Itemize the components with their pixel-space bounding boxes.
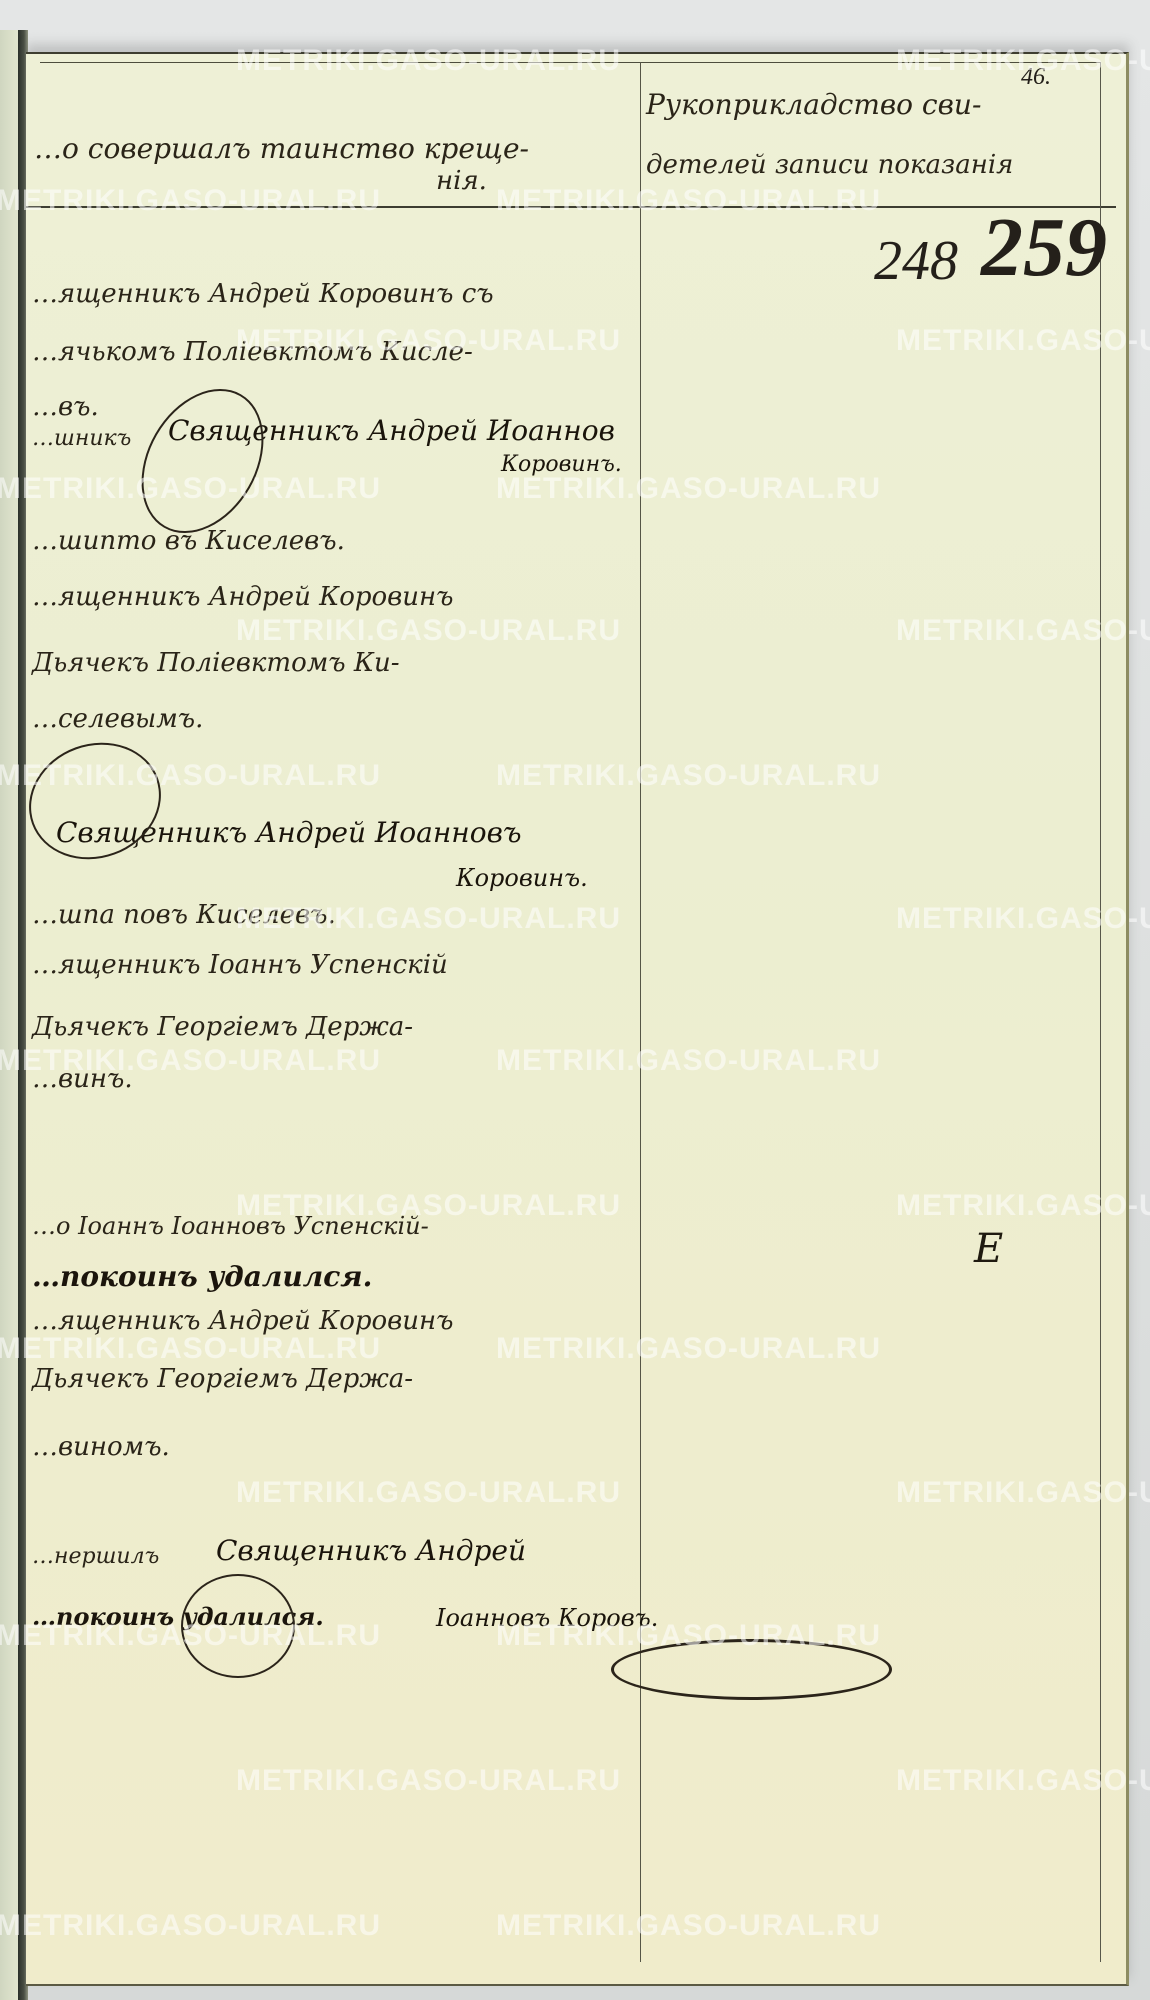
entry-4-line-1: …о Іоаннъ Іоанновъ Успенскій-	[32, 1212, 429, 1240]
watermark: METRIKI.GASO-URAL.RU	[236, 1476, 621, 1510]
entry-3-line-2: …ященникъ Іоаннъ Успенскій	[32, 950, 448, 980]
watermark: METRIKI.GASO-URAL.RU	[0, 1909, 381, 1943]
signature-flourish	[611, 1639, 892, 1700]
watermark: METRIKI.GASO-URAL.RU	[0, 184, 381, 218]
header-rule	[26, 206, 1116, 208]
entry-4-signature-surname: Іоанновъ Коровъ.	[436, 1604, 658, 1632]
register-page: …о совершалъ таинство креще- нiя. Рукопр…	[26, 52, 1129, 1986]
watermark: METRIKI.GASO-URAL.RU	[0, 1332, 381, 1366]
entry-1-line-1: …ященникъ Андрей Коровинъ съ	[32, 279, 494, 309]
watermark: METRIKI.GASO-URAL.RU	[896, 324, 1150, 358]
watermark: METRIKI.GASO-URAL.RU	[896, 902, 1150, 936]
entry-2-line-1: …шипто въ Киселевъ.	[32, 526, 345, 556]
entry-2-line-4: …селевымъ.	[32, 704, 203, 734]
margin-mark: Е	[974, 1226, 1003, 1272]
top-rule	[40, 62, 1100, 63]
watermark: METRIKI.GASO-URAL.RU	[236, 1764, 621, 1798]
entry-2-line-2: …ященникъ Андрей Коровинъ	[32, 582, 453, 612]
watermark: METRIKI.GASO-URAL.RU	[236, 614, 621, 648]
entry-1-signature-surname: Коровинъ.	[501, 452, 622, 477]
signature-flourish	[13, 725, 178, 878]
entry-1-line-3: …въ.	[32, 392, 99, 422]
watermark: METRIKI.GASO-URAL.RU	[496, 1909, 881, 1943]
page-number: 259	[981, 199, 1107, 296]
header-left-line2: нiя.	[436, 166, 487, 196]
watermark: METRIKI.GASO-URAL.RU	[496, 472, 881, 506]
watermark: METRIKI.GASO-URAL.RU	[896, 1764, 1150, 1798]
signature-flourish	[181, 1574, 295, 1678]
entry-3-line-4: …винъ.	[32, 1064, 133, 1094]
entry-4-signature-label: …нершилъ	[32, 1544, 159, 1569]
header-right-line1: Рукоприкладство сви-	[646, 88, 981, 121]
header-right-line2: детелей записи показанiя	[646, 150, 1013, 180]
entry-2-signature-surname: Коровинъ.	[456, 864, 588, 892]
header-left-line1: …о совершалъ таинство креще-	[34, 132, 529, 165]
watermark: METRIKI.GASO-URAL.RU	[896, 614, 1150, 648]
entry-4-line-5: …виномъ.	[32, 1432, 170, 1462]
watermark: METRIKI.GASO-URAL.RU	[896, 1476, 1150, 1510]
entry-1-signature-label: …шникъ	[32, 426, 131, 451]
entry-3-line-1: …шпа повъ Киселевъ.	[32, 900, 336, 930]
entry-4-line-3: …ященникъ Андрей Коровинъ	[32, 1306, 453, 1336]
entry-3-line-3: Дьячекъ Георгіемъ Держа-	[32, 1012, 413, 1042]
watermark: METRIKI.GASO-URAL.RU	[496, 1332, 881, 1366]
entry-1-line-2: …ячькомъ Поліевктомъ Кисле-	[32, 337, 473, 367]
watermark: METRIKI.GASO-URAL.RU	[896, 1189, 1150, 1223]
right-margin-rule	[1100, 62, 1101, 1962]
entry-4-line-4: Дьячекъ Георгіемъ Держа-	[32, 1364, 413, 1394]
entry-4-line-2: …покоинъ удалился.	[32, 1260, 372, 1293]
old-page-number: 248	[874, 229, 958, 293]
entry-4-signature: Священникъ Андрей	[216, 1534, 526, 1567]
entry-2-line-3: Дьячекъ Поліевктомъ Ки-	[32, 648, 400, 678]
watermark: METRIKI.GASO-URAL.RU	[496, 759, 881, 793]
watermark: METRIKI.GASO-URAL.RU	[496, 1044, 881, 1078]
watermark: METRIKI.GASO-URAL.RU	[496, 184, 881, 218]
folio-mark: 46.	[1021, 64, 1051, 91]
